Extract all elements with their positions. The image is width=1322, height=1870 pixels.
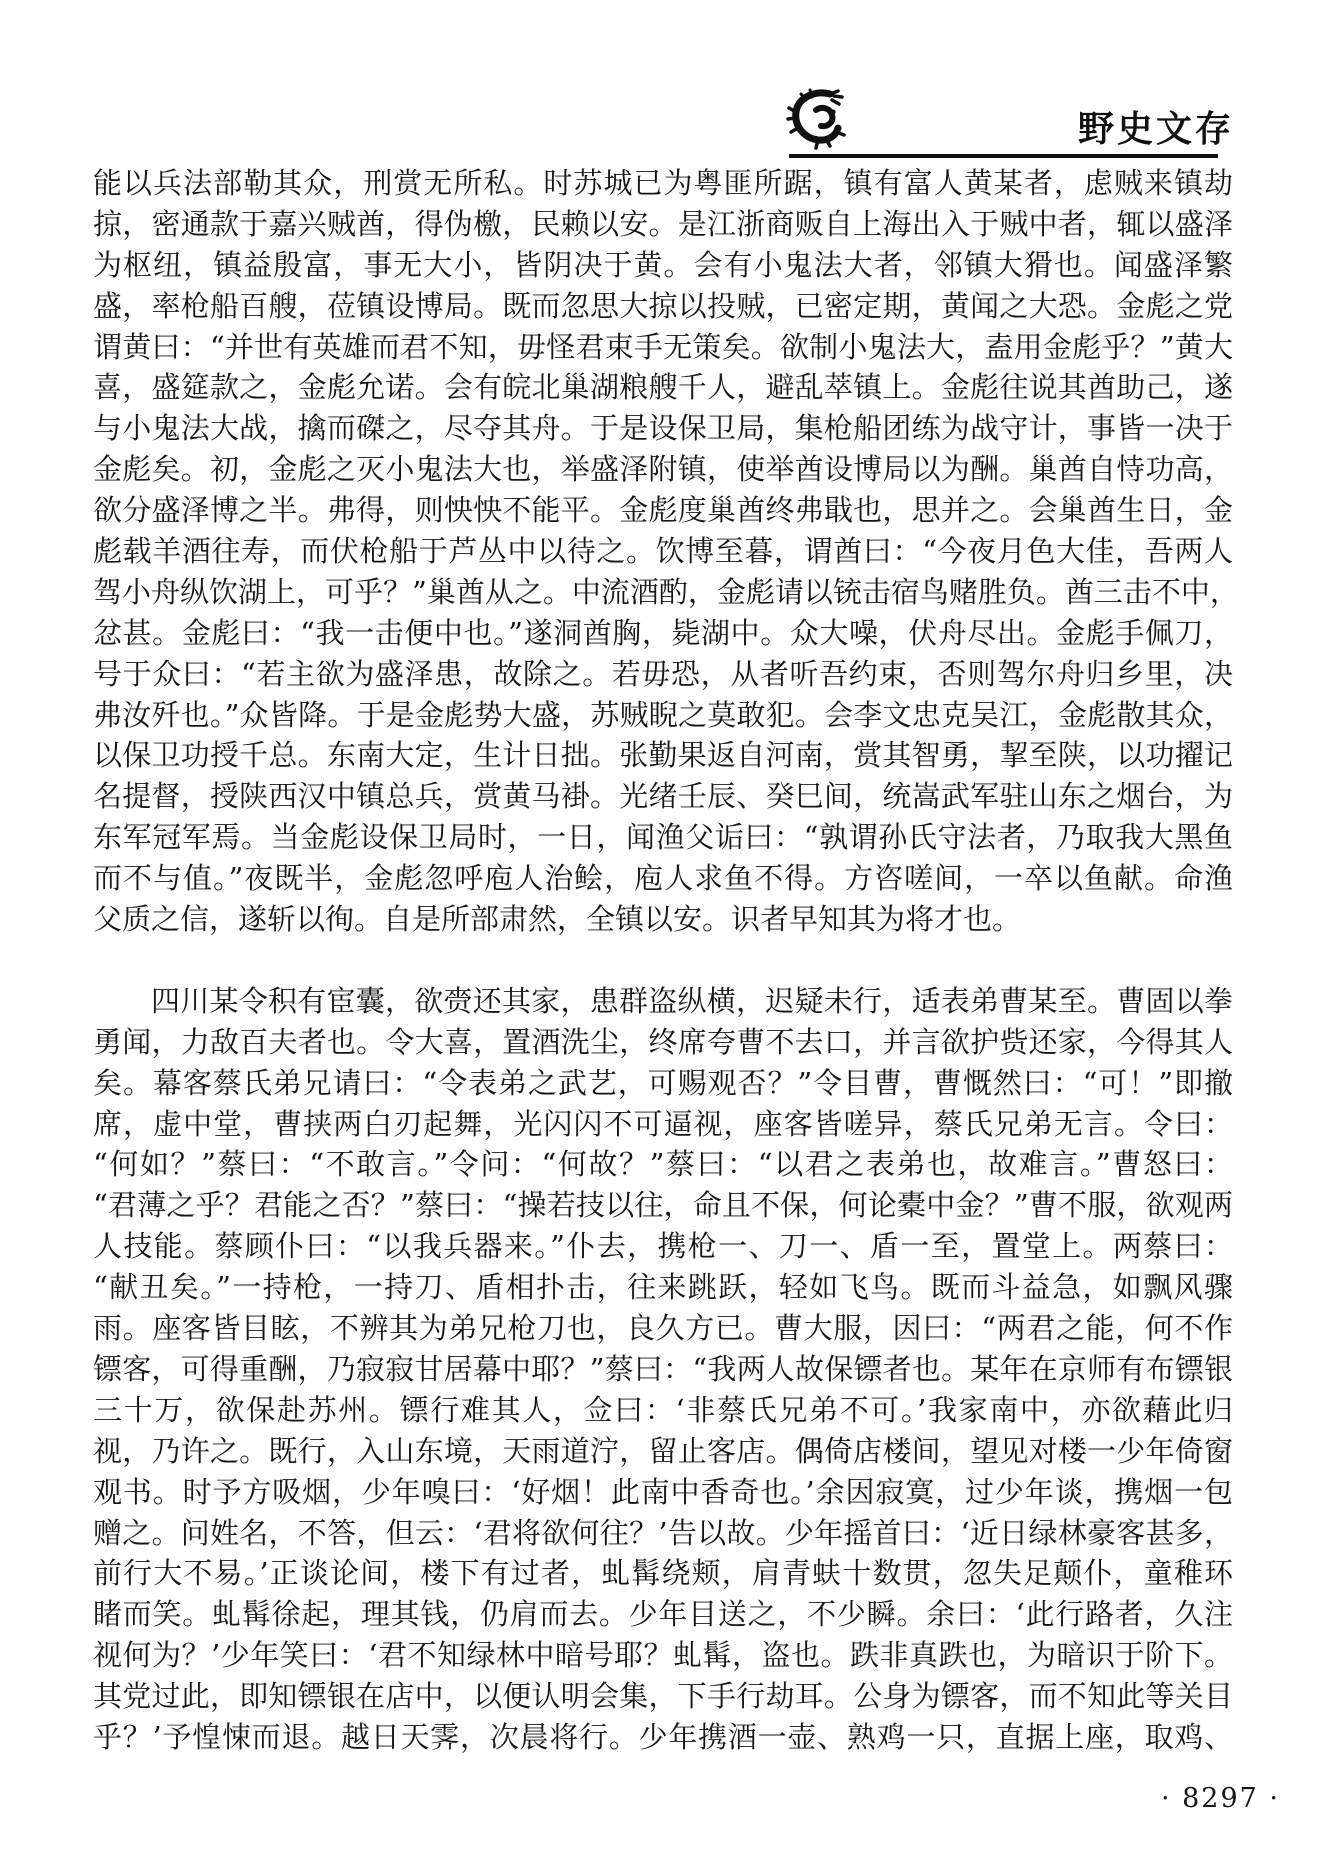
- text-line: 为枢纽，镇益殷富，事无大小，皆阴决于黄。会有小鬼法大者，邻镇大猾也。闻盛泽繁: [93, 245, 1233, 286]
- text-line: 前行大不易。’正谈论间，楼下有过者，虬髯绕颊，肩青蚨十数贯，忽失足颠仆，童稚环: [93, 1553, 1233, 1594]
- text-line: “献丑矣。”一持枪，一持刀、盾相扑击，往来跳跃，轻如飞鸟。既而斗益急，如飘风骤: [93, 1267, 1233, 1308]
- text-line: 人技能。蔡顾仆曰：“以我兵器来。”仆去，携枪一、刀一、盾一至，置堂上。两蔡曰：: [93, 1226, 1233, 1267]
- text-line: 喜，盛筵款之，金彪允诺。会有皖北巢湖粮艘千人，避乱萃镇上。金彪往说其酋助己，遂: [93, 367, 1233, 408]
- text-line: 四川某令积有宦囊，欲赍还其家，患群盗纵横，迟疑未行，适表弟曹某至。曹固以拳: [93, 981, 1233, 1022]
- text-line: “君薄之乎？君能之否？”蔡曰：“操若技以往，命且不保，何论橐中金？”曹不服，欲观…: [93, 1185, 1233, 1226]
- text-line: 东军冠军焉。当金彪设保卫局时，一日，闻渔父诟曰：“孰谓孙氏守法者，乃取我大黑鱼: [93, 817, 1233, 858]
- book-page: 野史文存 能以兵法部勒其众，刑赏无所私。时苏城已为粤匪所踞，镇有富人黄某者，虑贼…: [0, 0, 1322, 1870]
- text-line: 谓黄曰：“并世有英雄而君不知，毋怪君束手无策矣。欲制小鬼法大，盍用金彪乎？”黄大: [93, 327, 1233, 368]
- dragon-emblem-icon: [786, 88, 852, 152]
- text-line: 能以兵法部勒其众，刑赏无所私。时苏城已为粤匪所踞，镇有富人黄某者，虑贼来镇劫: [93, 163, 1233, 204]
- text-line: 金彪矣。初，金彪之灭小鬼法大也，举盛泽附镇，使举酋设博局以为酬。巢酋自恃功高，: [93, 449, 1233, 490]
- text-line: 盛，率枪船百艘，莅镇设博局。既而忽思大掠以投贼，已密定期，黄闻之大恐。金彪之党: [93, 286, 1233, 327]
- text-line: 矣。幕客蔡氏弟兄请曰：“令表弟之武艺，可赐观否？”令目曹，曹慨然曰：“可！”即撤: [93, 1063, 1233, 1104]
- text-line: 赠之。问姓名，不答，但云：‘君将欲何往？’告以故。少年摇首曰：‘近日绿林豪客甚多…: [93, 1513, 1233, 1554]
- text-line: 驾小舟纵饮湖上，可乎？”巢酋从之。中流酒酌，金彪请以铳击宿鸟赌胜负。酋三击不中，: [93, 572, 1233, 613]
- text-line: 乎？’予惶悚而退。越日天霁，次晨将行。少年携酒一壶、熟鸡一只，直据上座，取鸡、: [93, 1717, 1233, 1758]
- paragraph-1: 能以兵法部勒其众，刑赏无所私。时苏城已为粤匪所踞，镇有富人黄某者，虑贼来镇劫掠，…: [93, 163, 1233, 940]
- text-line: 三十万，欲保赴苏州。镖行难其人，佥曰：‘非蔡氏兄弟不可。’我家南中，亦欲藉此归: [93, 1390, 1233, 1431]
- text-line: 而不与值。”夜既半，金彪忽呼庖人治鲙，庖人求鱼不得。方咨嗟间，一卒以鱼献。命渔: [93, 858, 1233, 899]
- text-line: “何如？”蔡曰：“不敢言。”令问：“何故？”蔡曰：“以君之表弟也，故难言。”曹怒…: [93, 1144, 1233, 1185]
- text-line: 雨。座客皆目眩，不辨其为弟兄枪刀也，良久方已。曹大服，因曰：“两君之能，何不作: [93, 1308, 1233, 1349]
- text-line: 睹而笑。虬髯徐起，理其钱，仍肩而去。少年目送之，不少瞬。余曰：‘此行路者，久注: [93, 1594, 1233, 1635]
- text-line: 席，虚中堂，曹挟两白刃起舞，光闪闪不可逼视，座客皆嗟异，蔡氏兄弟无言。令曰：: [93, 1104, 1233, 1145]
- text-line: 视，乃许之。既行，入山东境，天雨道泞，留止客店。偶倚店楼间，望见对楼一少年倚窗: [93, 1431, 1233, 1472]
- text-line: 彪载羊酒往寿，而伏枪船于芦丛中以待之。饮博至暮，谓酋曰：“今夜月色大佳，吾两人: [93, 531, 1233, 572]
- text-line: 观书。时予方吸烟，少年嗅曰：‘好烟！此南中香奇也。’余因寂寞，过少年谈，携烟一包: [93, 1472, 1233, 1513]
- text-line: 弗汝歼也。”众皆降。于是金彪势大盛，苏贼睨之莫敢犯。会李文忠克吴江，金彪散其众，: [93, 695, 1233, 736]
- text-line: 勇闻，力敌百夫者也。令大喜，置酒洗尘，终席夸曹不去口，并言欲护赀还家，今得其人: [93, 1022, 1233, 1063]
- text-block: 能以兵法部勒其众，刑赏无所私。时苏城已为粤匪所踞，镇有富人黄某者，虑贼来镇劫掠，…: [93, 163, 1233, 1758]
- text-line: 镖客，可得重酬，乃寂寂甘居幕中耶？”蔡曰：“我两人故保镖者也。某年在京师有布镖银: [93, 1349, 1233, 1390]
- text-line: 父质之信，遂斩以徇。自是所部肃然，全镇以安。识者早知其为将才也。: [93, 899, 1233, 940]
- page-number: · 8297 ·: [1140, 1783, 1280, 1814]
- text-line: 号于众曰：“若主欲为盛泽患，故除之。若毋恐，从者听吾约束，否则驾尔舟归乡里，决: [93, 654, 1233, 695]
- text-line: 视何为？’少年笑曰：‘君不知绿林中暗号耶？虬髯，盗也。跌非真跌也，为暗识于阶下。: [93, 1635, 1233, 1676]
- text-line: 以保卫功授千总。东南大定，生计日拙。张勤果返自河南，赏其智勇，挈至陕，以功擢记: [93, 735, 1233, 776]
- page-title: 野史文存: [1078, 101, 1220, 152]
- header-rule: [789, 154, 1218, 158]
- text-line: 其党过此，即知镖银在店中，以便认明会集，下手行劫耳。公身为镖客，而不知此等关目: [93, 1676, 1233, 1717]
- text-line: 欲分盛泽博之半。弗得，则怏怏不能平。金彪度巢酋终弗戢也，思并之。会巢酋生日，金: [93, 490, 1233, 531]
- text-line: 名提督，授陕西汉中镇总兵，赏黄马褂。光绪壬辰、癸巳间，统嵩武军驻山东之烟台，为: [93, 776, 1233, 817]
- text-line: 忿甚。金彪曰：“我一击便中也。”遂洞酋胸，毙湖中。众大噪，伏舟尽出。金彪手佩刀，: [93, 613, 1233, 654]
- text-line: 掠，密通款于嘉兴贼酋，得伪檄，民赖以安。是江浙商贩自上海出入于贼中者，辄以盛泽: [93, 204, 1233, 245]
- paragraph-2: 四川某令积有宦囊，欲赍还其家，患群盗纵横，迟疑未行，适表弟曹某至。曹固以拳勇闻，…: [93, 981, 1233, 1758]
- text-line: 与小鬼法大战，擒而磔之，尽夺其舟。于是设保卫局，集枪船团练为战守计，事皆一决于: [93, 408, 1233, 449]
